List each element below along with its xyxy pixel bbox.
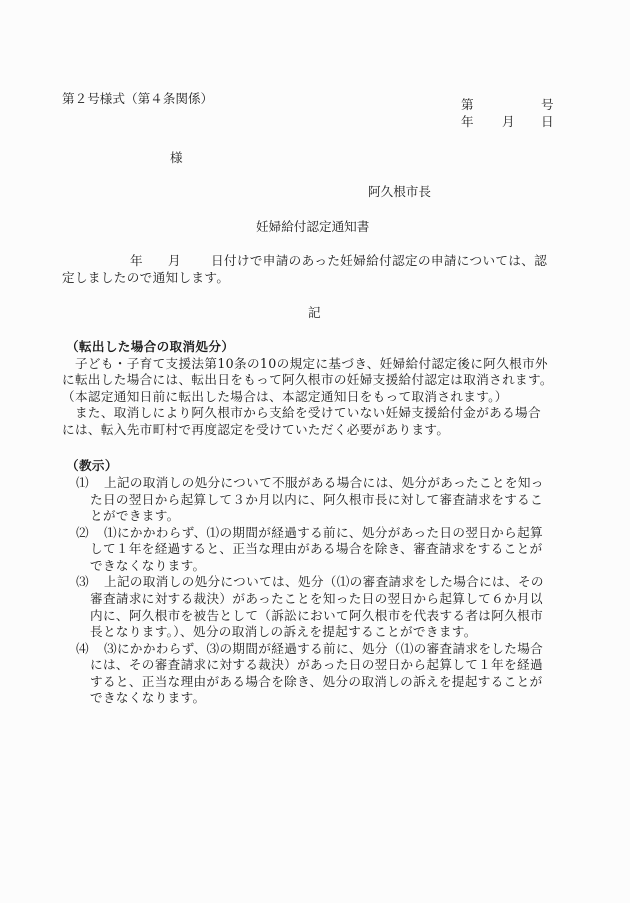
item-line: 長となります。）、処分の取消しの訴えを提起することができます。 (90, 624, 477, 641)
cancellation-heading: （転出した場合の取消処分） (66, 339, 234, 356)
number-prefix: 第 (461, 97, 474, 114)
cancellation-line: に転出した場合には、転出日をもって阿久根市の妊婦支援給付認定は取消されます。 (62, 372, 553, 389)
item-line: ⑴にかかわらず、⑴の期間が経過する前に、処分があった日の翌日から起算 (104, 525, 543, 542)
ki-heading: 記 (308, 305, 321, 322)
number-suffix: 号 (541, 97, 554, 114)
date-day: 日 (541, 114, 554, 131)
item-line: ⑶にかかわらず、⑶の期間が経過する前に、処分（⑴の審査請求をした場合 (104, 641, 543, 658)
form-label: 第２号様式（第４条関係） (62, 91, 213, 108)
item-number: ⑵ (76, 525, 89, 542)
item-line: 審査請求に対する裁決）があったことを知った日の翌日から起算して６か月以 (90, 591, 543, 608)
intro-line2: 定しましたので通知します。 (62, 270, 229, 287)
recipient-suffix: 様 (170, 150, 183, 167)
item-line: して１年を経過すると、正当な理由がある場合を除き、審査請求をすることが (90, 541, 543, 558)
cancellation-line: また、取消しにより阿久根市から支給を受けていない妊婦支援給付金がある場合 (62, 405, 541, 422)
intro-line1: 日付けで申請のあった妊婦給付認定の申請については、認 (211, 253, 547, 270)
item-line: とができます。 (90, 508, 180, 525)
date-month: 月 (502, 114, 515, 131)
cancellation-line: （本認定通知日前に転出した場合は、本認定通知日をもって取消されます。） (62, 389, 508, 406)
item-line: すると、正当な理由がある場合を除き、処分の取消しの訴えを提起することが (90, 674, 543, 691)
instruction-heading: （教示） (66, 458, 118, 475)
document-title: 妊婦給付認定通知書 (256, 219, 369, 236)
item-number: ⑴ (76, 475, 89, 492)
issuer: 阿久根市長 (368, 184, 431, 201)
cancellation-line: には、転入先市町村で再度認定を受けていただく必要があります。 (62, 422, 449, 439)
intro-month: 月 (168, 253, 181, 270)
item-number: ⑷ (76, 641, 89, 658)
cancellation-line: 子ども・子育て支援法第10条の10の規定に基づき、妊婦給付認定後に阿久根市外 (62, 356, 548, 373)
item-line: た日の翌日から起算して３か月以内に、阿久根市長に対して審査請求をするこ (90, 492, 543, 509)
item-line: 上記の取消しの処分については、処分（⑴の審査請求をした場合には、その (104, 574, 544, 591)
intro-year: 年 (130, 253, 143, 270)
item-line: できなくなります。 (90, 690, 206, 707)
date-year: 年 (461, 114, 474, 131)
item-line: できなくなります。 (90, 558, 206, 575)
item-line: 上記の取消しの処分について不服がある場合には、処分があったことを知っ (104, 475, 544, 492)
item-line: 内に、阿久根市を被告として（訴訟において阿久根市を代表する者は阿久根市 (90, 608, 543, 625)
item-number: ⑶ (76, 574, 89, 591)
item-line: には、その審査請求に対する裁決）があった日の翌日から起算して１年を経過 (90, 657, 543, 674)
